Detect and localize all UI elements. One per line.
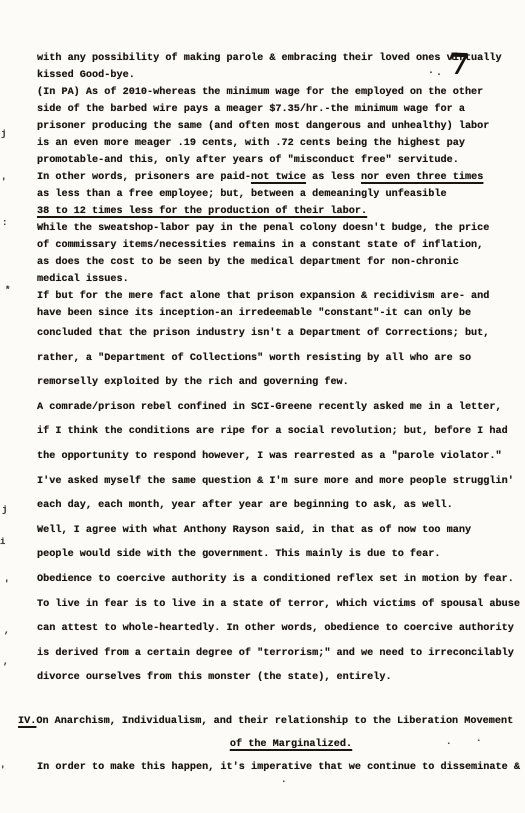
text-line: promotable-and this, only after years of… xyxy=(37,152,525,169)
text-segment: Obedience to coercive authority is a con… xyxy=(37,574,514,585)
text-line: concluded that the prison industry isn't… xyxy=(37,322,525,347)
text-segment: divorce ourselves from this monster (the… xyxy=(37,672,392,683)
ink-mark: j xyxy=(1,130,6,139)
ink-mark: , xyxy=(3,658,8,667)
paragraph-block-single-spaced: with any possibility of making parole & … xyxy=(37,50,525,322)
text-line: is derived from a certain degree of "ter… xyxy=(37,642,525,667)
text-line: people would side with the government. T… xyxy=(37,543,525,568)
text-segment: concluded that the prison industry isn't… xyxy=(37,328,489,339)
text-segment: Well, I agree with what Anthony Rayson s… xyxy=(37,525,471,536)
text-line: A comrade/prison rebel confined in SCI-G… xyxy=(37,396,525,421)
text-segment: with any possibility of making parole & … xyxy=(37,53,502,64)
text-line: as does the cost to be seen by the medic… xyxy=(37,254,525,271)
text-segment: as does the cost to be seen by the medic… xyxy=(37,257,459,268)
ink-mark: , xyxy=(4,627,9,636)
text-line: each day, each month, year after year ar… xyxy=(37,494,525,519)
document-body: with any possibility of making parole & … xyxy=(37,50,525,779)
text-line: have been since its inception-an irredee… xyxy=(37,305,525,322)
text-line: divorce ourselves from this monster (the… xyxy=(37,666,525,691)
text-segment: is an even more meager .19 cents, with .… xyxy=(37,138,465,149)
text-line: IV.On Anarchism, Individualism, and thei… xyxy=(18,710,525,733)
text-line: if I think the conditions are ripe for a… xyxy=(37,420,525,445)
text-line: (In PA) As of 2010-whereas the minimum w… xyxy=(37,84,525,101)
text-line: with any possibility of making parole & … xyxy=(37,50,525,67)
text-line: is an even more meager .19 cents, with .… xyxy=(37,135,525,152)
text-line: prisoner producing the same (and often m… xyxy=(37,118,525,135)
text-segment: medical issues. xyxy=(37,274,129,285)
text-line: rather, a "Department of Collections" wo… xyxy=(37,347,525,372)
text-segment: While the sweatshop-labor pay in the pen… xyxy=(37,223,489,234)
text-segment: prisoner producing the same (and often m… xyxy=(37,121,489,132)
underlined-text: of the Marginalized. xyxy=(230,739,352,750)
text-line: remorselly exploited by the rich and gov… xyxy=(37,371,525,396)
text-line: as less than a free employee; but, betwe… xyxy=(37,186,525,203)
text-segment: of commissary items/necessities remains … xyxy=(37,240,483,251)
ink-mark: ' xyxy=(0,766,5,775)
section-heading-block: IV.On Anarchism, Individualism, and thei… xyxy=(37,710,525,779)
underlined-text: IV. xyxy=(18,716,36,727)
text-line: If but for the mere fact alone that pris… xyxy=(37,288,525,305)
ink-mark: . xyxy=(446,738,451,747)
text-line: To live in fear is to live in a state of… xyxy=(37,593,525,618)
text-line: Obedience to coercive authority is a con… xyxy=(37,568,525,593)
text-line: can attest to whole-heartedly. In other … xyxy=(37,617,525,642)
text-segment: To live in fear is to live in a state of… xyxy=(37,599,520,610)
ink-mark: ' xyxy=(4,580,9,589)
text-segment: In order to make this happen, it's imper… xyxy=(37,762,520,773)
text-segment: A comrade/prison rebel confined in SCI-G… xyxy=(37,402,502,413)
text-line: kissed Good-bye. xyxy=(37,67,525,84)
text-segment: if I think the conditions are ripe for a… xyxy=(37,426,508,437)
text-segment: (In PA) As of 2010-whereas the minimum w… xyxy=(37,87,483,98)
underlined-text: nor even three times xyxy=(361,172,483,183)
text-segment: can attest to whole-heartedly. In other … xyxy=(37,623,514,634)
ink-mark: . xyxy=(476,735,481,744)
scanned-document-page: ·. 7 with any possibility of making paro… xyxy=(0,0,525,813)
text-segment: In other words, prisoners are paid- xyxy=(37,172,251,183)
underlined-text: 38 to 12 times less for the production o… xyxy=(37,206,367,217)
text-segment: people would side with the government. T… xyxy=(37,549,441,560)
text-segment: each day, each month, year after year ar… xyxy=(37,500,453,511)
text-line: of the Marginalized. xyxy=(47,733,525,756)
text-segment: rather, a "Department of Collections" wo… xyxy=(37,353,471,364)
text-line: of commissary items/necessities remains … xyxy=(37,237,525,254)
text-segment: side of the barbed wire pays a meager $7… xyxy=(37,104,465,115)
text-line: the opportunity to respond however, I wa… xyxy=(37,445,525,470)
underlined-text: not twice xyxy=(251,172,306,183)
text-line: While the sweatshop-labor pay in the pen… xyxy=(37,220,525,237)
text-segment: On Anarchism, Individualism, and their r… xyxy=(36,716,513,727)
text-segment: as less than a free employee; but, betwe… xyxy=(37,189,447,200)
text-line: I've asked myself the same question & I'… xyxy=(37,470,525,495)
ink-mark: : xyxy=(2,219,7,228)
text-line: medical issues. xyxy=(37,271,525,288)
text-segment: kissed Good-bye. xyxy=(37,70,135,81)
text-segment: promotable-and this, only after years of… xyxy=(37,155,459,166)
ink-mark: * xyxy=(5,286,10,295)
text-segment: If but for the mere fact alone that pris… xyxy=(37,291,489,302)
ink-mark: j xyxy=(2,506,7,515)
ink-mark: ' xyxy=(1,178,6,187)
text-line: In other words, prisoners are paid-not t… xyxy=(37,169,525,186)
text-segment: have been since its inception-an irredee… xyxy=(37,308,471,319)
text-segment: as less xyxy=(306,172,361,183)
text-segment: I've asked myself the same question & I'… xyxy=(37,476,514,487)
ink-mark: . xyxy=(281,776,286,785)
paragraph-block-wide-spaced: concluded that the prison industry isn't… xyxy=(37,322,525,691)
text-line: Well, I agree with what Anthony Rayson s… xyxy=(37,519,525,544)
text-segment: the opportunity to respond however, I wa… xyxy=(37,451,502,462)
text-line: 38 to 12 times less for the production o… xyxy=(37,203,525,220)
text-segment: is derived from a certain degree of "ter… xyxy=(37,648,514,659)
ink-mark: i xyxy=(0,538,5,547)
text-segment: remorselly exploited by the rich and gov… xyxy=(37,377,349,388)
text-line: side of the barbed wire pays a meager $7… xyxy=(37,101,525,118)
